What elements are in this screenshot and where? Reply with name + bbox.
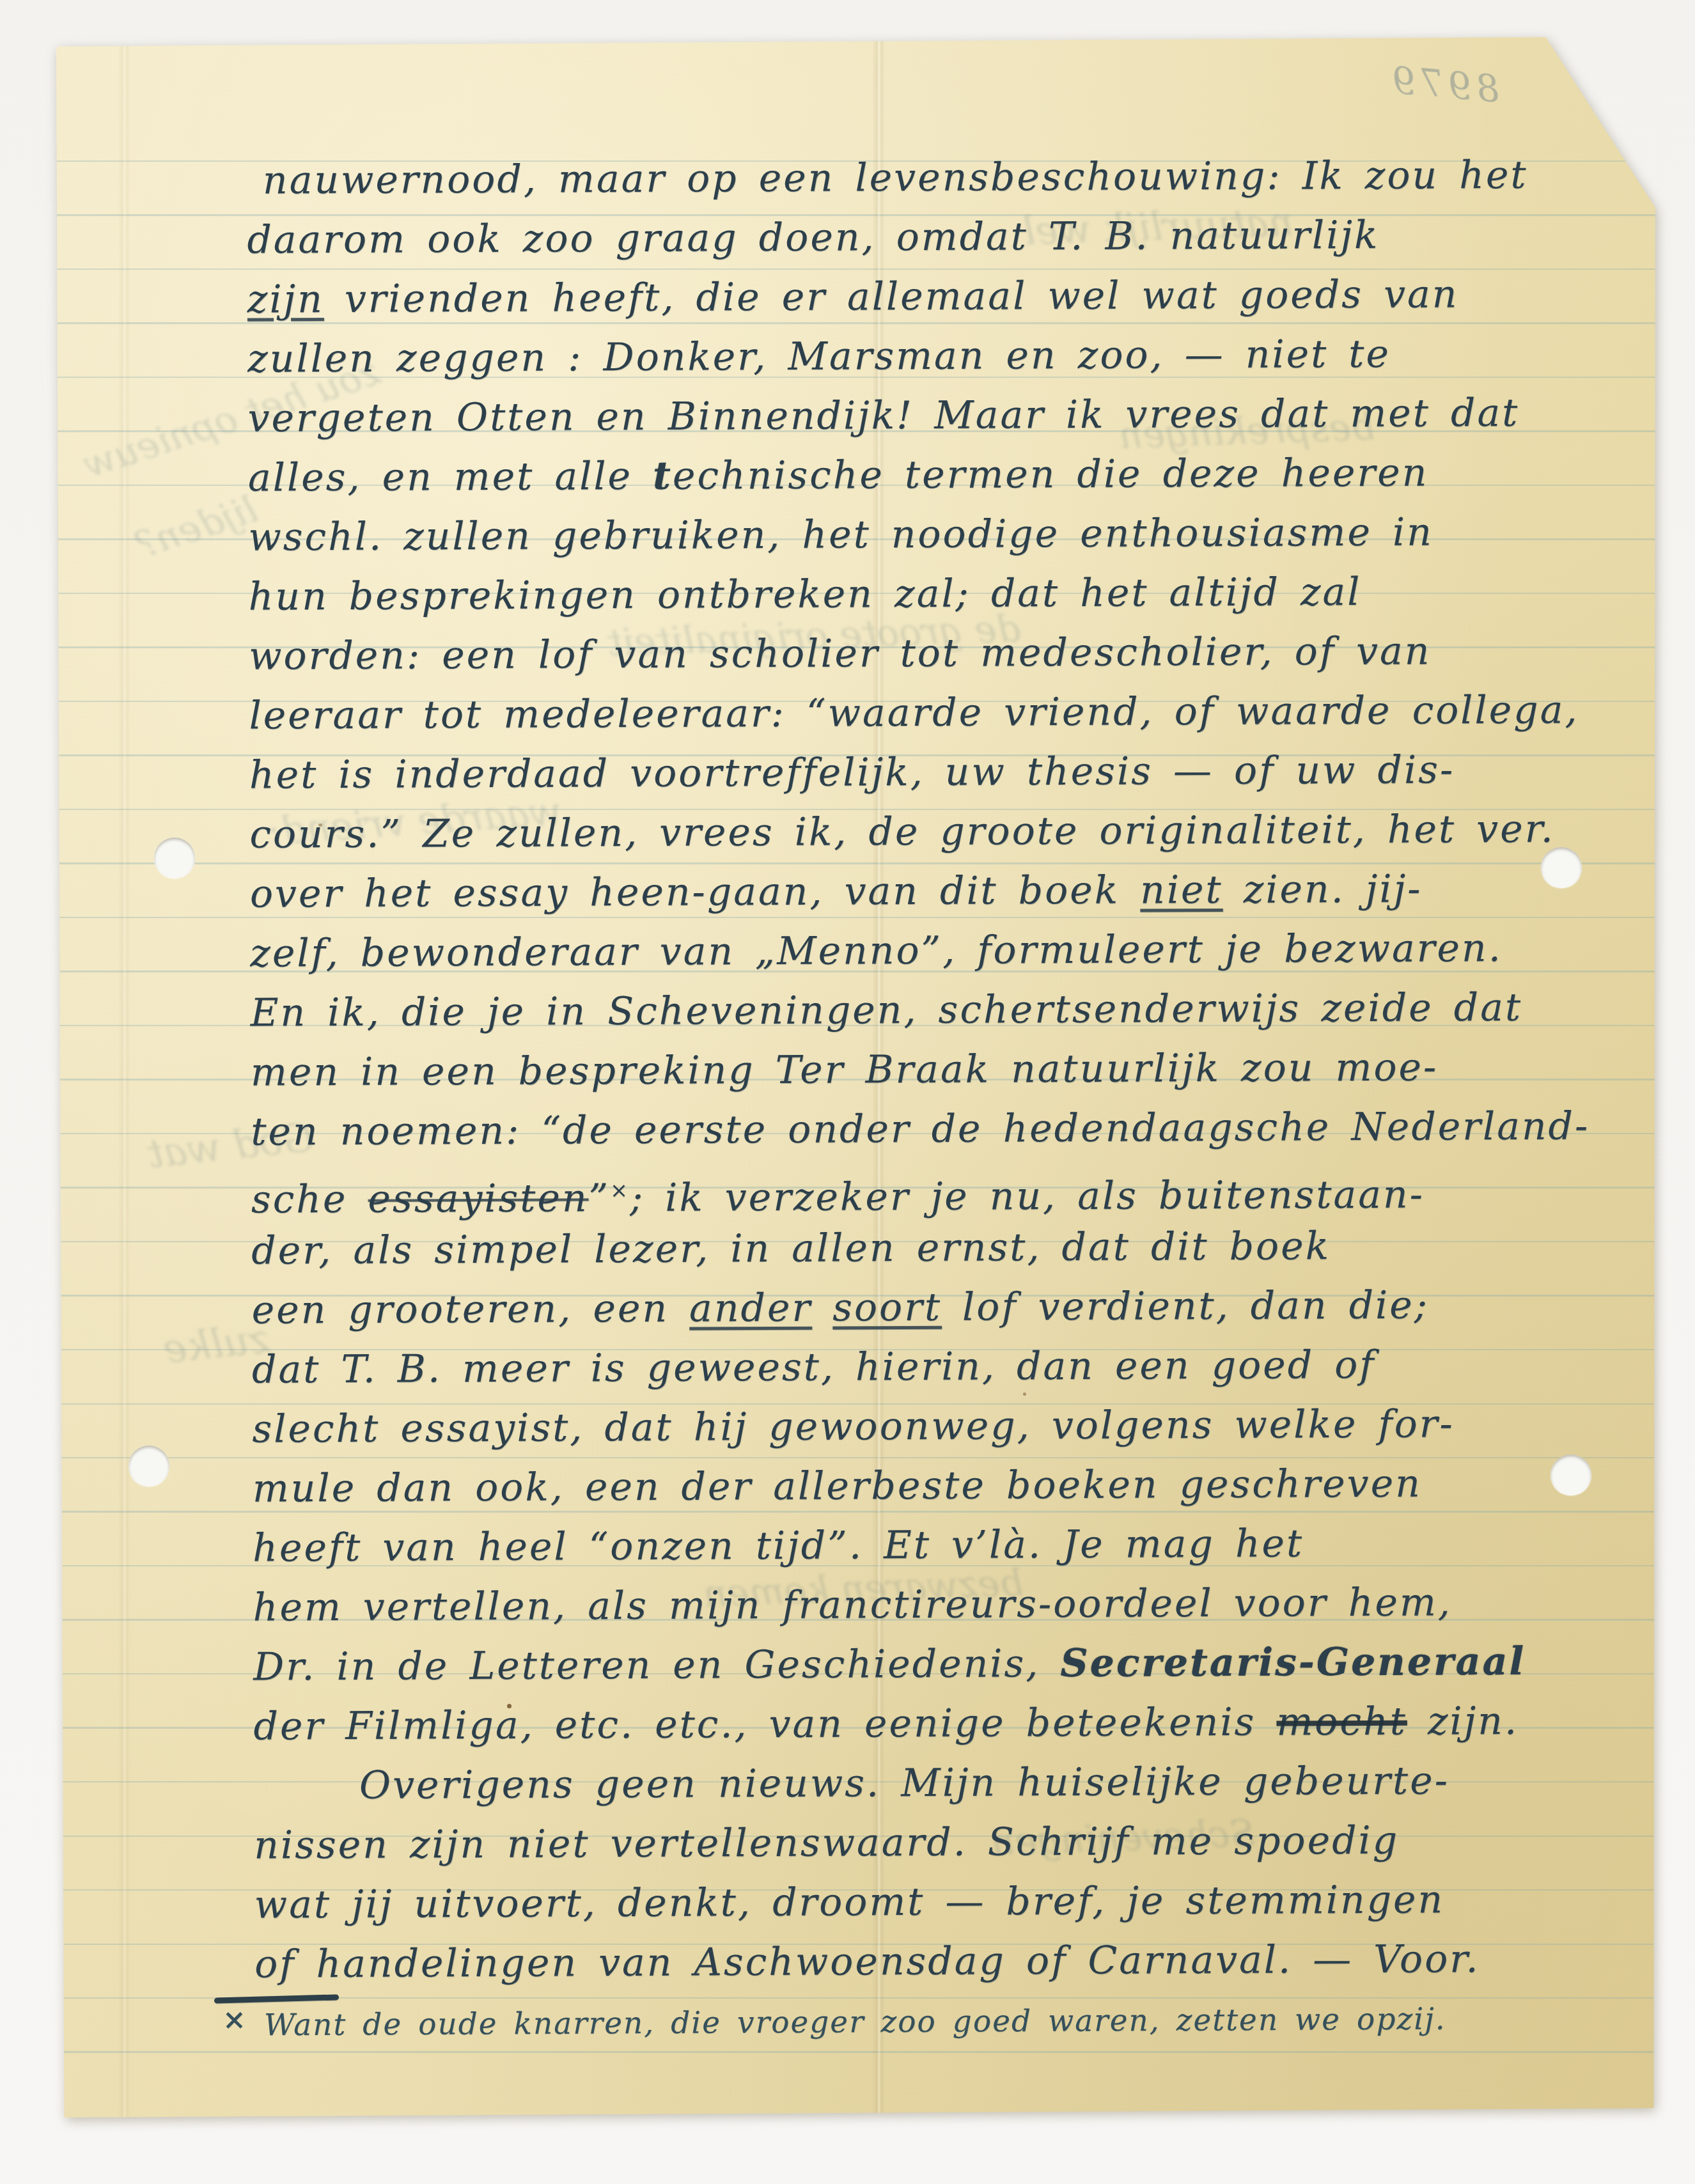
letter-text-segment: Secretaris-Generaal [1060,1639,1526,1686]
letter-line: vergeten Otten en Binnendijk! Maar ik vr… [247,383,1586,448]
letter-text-segment: niet [1140,868,1223,913]
letter-line: hem vertellen, als mijn franctireurs-oor… [253,1572,1591,1637]
letter-text-segment: En ik, die je in Scheveningen, schertsen… [250,985,1522,1036]
letter-line: ten noemen: “de eerste onder de hedendaa… [251,1096,1590,1162]
letter-line: worden: een lof van scholier tot medesch… [249,621,1588,686]
letter-line: wschl. zullen gebruiken, het noodige ent… [248,502,1587,567]
letter-text-segment: mocht [1276,1699,1407,1745]
letter-line: zijn vrienden heeft, die er allemaal wel… [247,264,1586,329]
letter-text-segment: sche [251,1177,368,1222]
letter-text-segment: lof verdient, dan die; [942,1283,1429,1330]
letter-text-segment: der Filmliga, etc. etc., van eenige bete… [253,1700,1276,1749]
letter-line: alles, en met alle technische termen die… [248,442,1587,508]
letter-line: het is inderdaad voortreffelijk, uw thes… [249,740,1588,805]
letter-text-segment: cours.” Ze zullen, vrees ik, de groote o… [249,807,1555,857]
footnote-text: Want de oude knarren, die vroeger zoo go… [264,2002,1446,2043]
letter-text-segment: slecht essayist, dat hij gewoonweg, volg… [252,1401,1455,1451]
letter-line: En ik, die je in Scheveningen, schertsen… [250,978,1589,1043]
letter-line: slecht essayist, dat hij gewoonweg, volg… [252,1394,1591,1459]
letter-line: heeft van heel “onzen tijd”. Et v’là. Je… [253,1513,1591,1578]
letter-line: leeraar tot medeleeraar: “waarde vriend,… [249,680,1588,745]
letter-text-segment: worden: een lof van scholier tot medesch… [249,629,1432,679]
letter-text-segment: Overigens geen nieuws. Mijn huiselijke g… [359,1758,1449,1807]
letter-line: der Filmliga, etc. etc., van eenige bete… [253,1691,1592,1756]
letter-text-segment: dat T. B. meer is geweest, hierin, dan e… [252,1343,1376,1392]
letter-text-segment: nissen zijn niet vertellenswaard. Schrij… [254,1818,1399,1868]
letter-line: nauwernood, maar op een levensbeschouwin… [247,145,1586,210]
letter-text-segment: leeraar tot medeleeraar: “waarde vriend,… [249,687,1579,738]
letter-text-segment: zien. jij- [1222,867,1422,912]
letter-text-segment: × [610,1178,630,1203]
scanned-letter-page: { "page": { "description": "Scanned page… [0,0,1695,2184]
letter-text-segment: heeft van heel “onzen tijd”. Et v’là. Je… [253,1521,1304,1570]
letter-text-segment: hun besprekingen ontbreken zal; dat het … [249,570,1362,620]
letter-text-segment: ten noemen: “de eerste onder de hedendaa… [251,1104,1590,1154]
letter-line: over het essay heen-gaan, van dit boek n… [250,859,1589,924]
letter-text-segment: of handelingen van Aschwoensdag of Carna… [254,1937,1480,1986]
letter-text-segment: der, als simpel lezer, in allen ernst, d… [251,1224,1331,1273]
punch-hole-left-upper [154,838,195,878]
letter-text-segment: het is inderdaad voortreffelijk, uw thes… [249,747,1455,797]
letter-text-segment: t [653,454,673,499]
letter-text-segment: over het essay heen-gaan, van dit boek [250,868,1141,916]
letter-text-segment: hem vertellen, als mijn franctireurs-oor… [253,1580,1452,1630]
letter-text-segment: zullen zeggen : Donker, Marsman en zoo, … [247,332,1391,382]
letter-line: men in een bespreking Ter Braak natuurli… [251,1037,1590,1102]
letter-line: Overigens geen nieuws. Mijn huiselijke g… [254,1751,1593,1816]
letter-text-segment: alles, en met alle [248,454,653,501]
letter-line: nissen zijn niet vertellenswaard. Schrij… [254,1810,1593,1875]
letter-line: zelf, bewonderaar van „Menno”, formuleer… [250,918,1589,983]
letter-text-segment: zijn. [1407,1699,1519,1744]
footnote: ×Want de oude knarren, die vroeger zoo g… [223,1996,1597,2043]
letter-text-segment: ; ik verzeker je nu, als buitenstaan- [630,1173,1425,1221]
letter-text-segment: ander [689,1286,812,1331]
letter-text-segment: essayisten [368,1176,588,1222]
footnote-marker: × [223,2003,247,2036]
letter-text-segment: vergeten Otten en Binnendijk! Maar ik vr… [247,391,1519,441]
letter-body: nauwernood, maar op een levensbeschouwin… [247,145,1593,1994]
letter-line: wat jij uitvoert, denkt, droomt — bref, … [254,1869,1593,1935]
letter-line: hun besprekingen ontbreken zal; dat het … [249,561,1588,627]
letter-text-segment: Dr. in de Letteren en Geschiedenis, [253,1641,1061,1690]
letter-line: daarom ook zoo graag doen, omdat T. B. n… [247,205,1586,270]
letter-line: sche essayisten”×; ik verzeker je nu, al… [251,1156,1590,1221]
letter-text-segment [812,1286,832,1330]
punch-hole-left-lower [129,1446,169,1486]
letter-text-segment: mule dan ook, een der allerbeste boeken … [253,1462,1422,1511]
letter-text-segment: nauwernood, maar op een levensbeschouwin… [263,153,1528,203]
letter-text-segment: zijn [247,277,324,322]
letter-text-segment: echnische termen die deze heeren [673,451,1429,499]
letter-line: zullen zeggen : Donker, Marsman en zoo, … [247,324,1586,389]
letter-line: dat T. B. meer is geweest, hierin, dan e… [252,1334,1591,1400]
letter-text-segment: zelf, bewonderaar van „Menno”, formuleer… [250,926,1503,976]
letter-text-segment: vrienden heeft, die er allemaal wel wat … [324,272,1459,322]
letter-text-segment: daarom ook zoo graag doen, omdat T. B. n… [247,213,1379,263]
letter-line: Dr. in de Letteren en Geschiedenis, Secr… [253,1632,1592,1697]
letter-line: of handelingen van Aschwoensdag of Carna… [254,1929,1593,1994]
letter-line: een grooteren, een ander soort lof verdi… [251,1275,1590,1340]
letter-line: der, als simpel lezer, in allen ernst, d… [251,1215,1590,1281]
letter-text-segment: wschl. zullen gebruiken, het noodige ent… [248,510,1433,559]
letter-line: mule dan ook, een der allerbeste boeken … [253,1453,1591,1518]
letter-text-segment: wat jij uitvoert, denkt, droomt — bref, … [254,1877,1445,1927]
letter-text-segment: men in een bespreking Ter Braak natuurli… [251,1045,1439,1095]
letter-text-segment: een grooteren, een [251,1286,689,1333]
letter-text-segment: soort [832,1285,942,1330]
letter-text-segment: ” [588,1176,610,1221]
fold-crease-left [118,37,130,2118]
letter-line: cours.” Ze zullen, vrees ik, de groote o… [249,799,1588,864]
